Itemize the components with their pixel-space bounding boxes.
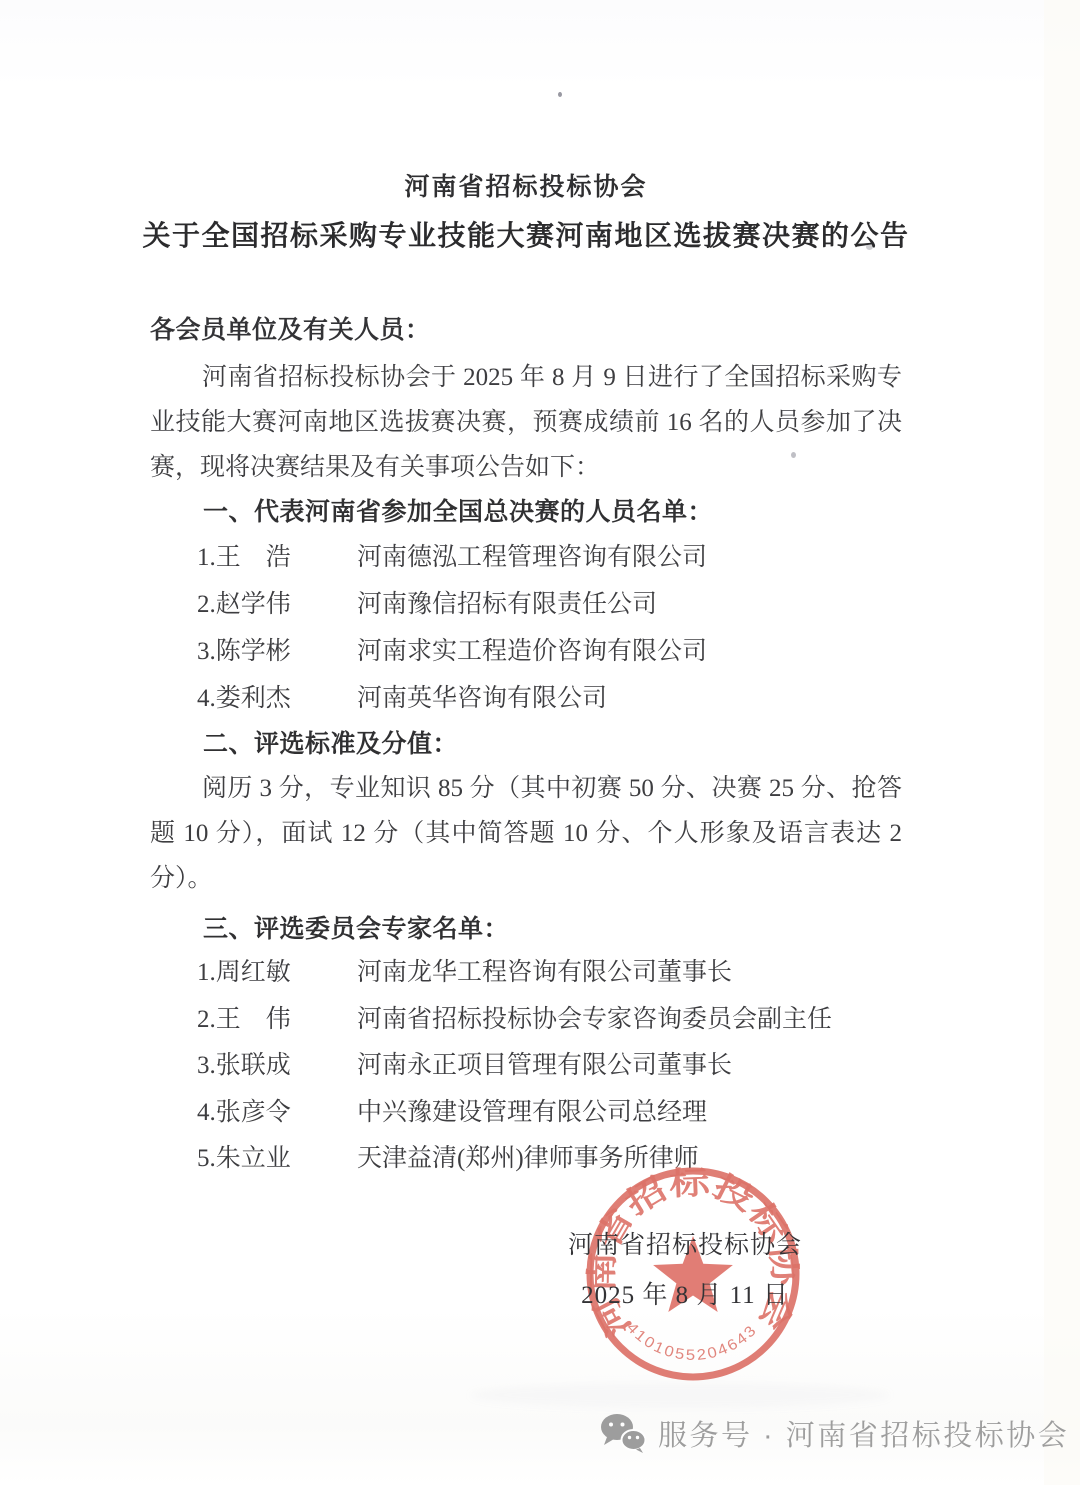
intro-line: 赛，现将决赛结果及有关事项公告如下：: [150, 445, 902, 490]
person-label: 5.朱立业: [197, 1138, 357, 1174]
list-item: 2.王 伟 河南省招标投标协会专家咨询委员会副主任: [197, 994, 930, 1041]
section-heading-finalists: 一、代表河南省参加全国总决赛的人员名单：: [203, 494, 713, 530]
svg-text:4101055204643: 4101055204643: [623, 1319, 761, 1364]
person-org: 中兴豫建设管理有限公司总经理: [357, 1092, 930, 1128]
section-heading-criteria: 二、评选标准及分值：: [203, 726, 458, 762]
document-title: 河南省招标投标协会: [150, 170, 902, 206]
person-label: 2.王 伟: [197, 999, 357, 1035]
person-org: 河南龙华工程咨询有限公司董事长: [357, 952, 930, 988]
document-subtitle: 关于全国招标采购专业技能大赛河南地区选拔赛决赛的公告: [130, 216, 922, 256]
seal-serial-number: 4101055204643: [623, 1319, 761, 1364]
person-org: 河南永正项目管理有限公司董事长: [357, 1045, 930, 1081]
person-label: 1.王 浩: [197, 537, 357, 573]
person-org: 河南省招标投标协会专家咨询委员会副主任: [357, 999, 930, 1035]
list-item: 5.朱立业 天津益清(郑州)律师事务所律师: [197, 1133, 930, 1180]
criteria-paragraph: 阅历 3 分，专业知识 85 分（其中初赛 50 分、决赛 25 分、抢答 题 …: [150, 766, 902, 901]
person-label: 3.张联成: [197, 1045, 357, 1081]
criteria-line: 阅历 3 分，专业知识 85 分（其中初赛 50 分、决赛 25 分、抢答: [150, 766, 902, 811]
intro-line: 业技能大赛河南地区选拔赛决赛，预赛成绩前 16 名的人员参加了决: [150, 400, 902, 445]
criteria-line: 分）。: [150, 856, 902, 901]
list-item: 3.陈学彬 河南求实工程造价咨询有限公司: [197, 625, 930, 672]
signature-block: 河南省招标投标协会 2025 年 8 月 11 日: [450, 1228, 920, 1314]
scan-speck: [558, 92, 562, 97]
person-label: 1.周红敏: [197, 952, 357, 988]
paper-edge-strip: [1044, 0, 1080, 1485]
list-item: 1.周红敏 河南龙华工程咨询有限公司董事长: [197, 947, 930, 994]
person-label: 3.陈学彬: [197, 631, 357, 667]
person-org: 河南德泓工程管理咨询有限公司: [357, 537, 930, 573]
wechat-service-icon: [600, 1412, 646, 1454]
list-item: 1.王 浩 河南德泓工程管理咨询有限公司: [197, 531, 930, 578]
watermark-text: 服务号 · 河南省招标投标协会: [658, 1413, 1069, 1454]
list-item: 4.张彦令 中兴豫建设管理有限公司总经理: [197, 1087, 930, 1134]
criteria-line: 题 10 分），面试 12 分（其中简答题 10 分、个人形象及语言表达 2: [150, 811, 902, 856]
person-label: 2.赵学伟: [197, 584, 357, 620]
signature-org: 河南省招标投标协会: [450, 1228, 920, 1264]
footer-watermark: 服务号 · 河南省招标投标协会: [600, 1412, 1069, 1454]
list-item: 3.张联成 河南永正项目管理有限公司董事长: [197, 1040, 930, 1087]
scan-smudge: [470, 1382, 890, 1408]
person-org: 河南豫信招标有限责任公司: [357, 584, 930, 620]
scanned-document-page: 河南省招标投标协会 关于全国招标采购专业技能大赛河南地区选拔赛决赛的公告 各会员…: [0, 0, 1080, 1485]
person-org: 河南英华咨询有限公司: [357, 678, 930, 714]
intro-line: 河南省招标投标协会于 2025 年 8 月 9 日进行了全国招标采购专: [150, 355, 902, 400]
person-label: 4.娄利杰: [197, 678, 357, 714]
list-item: 4.娄利杰 河南英华咨询有限公司: [197, 672, 930, 719]
finalists-list: 1.王 浩 河南德泓工程管理咨询有限公司 2.赵学伟 河南豫信招标有限责任公司 …: [197, 531, 930, 719]
salutation: 各会员单位及有关人员：: [150, 312, 431, 348]
person-label: 4.张彦令: [197, 1092, 357, 1128]
list-item: 2.赵学伟 河南豫信招标有限责任公司: [197, 578, 930, 625]
intro-paragraph: 河南省招标投标协会于 2025 年 8 月 9 日进行了全国招标采购专 业技能大…: [150, 355, 902, 490]
section-heading-experts: 三、评选委员会专家名单：: [203, 911, 509, 947]
signature-date: 2025 年 8 月 11 日: [450, 1278, 920, 1314]
experts-list: 1.周红敏 河南龙华工程咨询有限公司董事长 2.王 伟 河南省招标投标协会专家咨…: [197, 947, 930, 1180]
person-org: 河南求实工程造价咨询有限公司: [357, 631, 930, 667]
